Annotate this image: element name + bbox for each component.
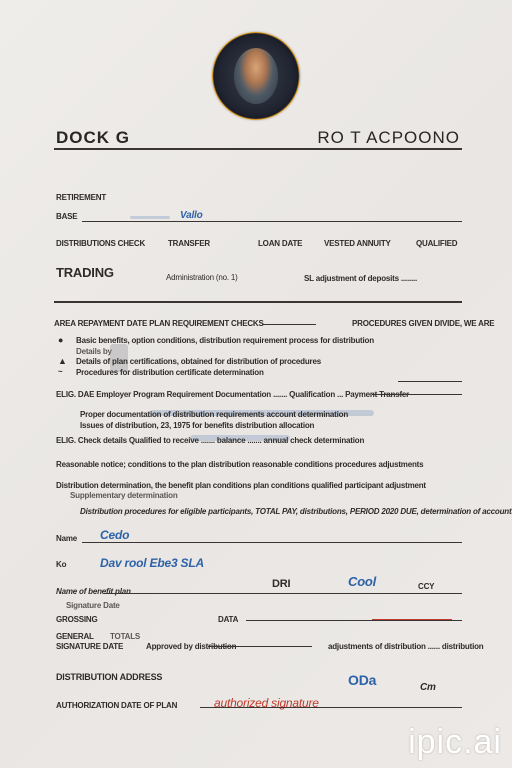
section-3-line-2: ELIG. Check details Qualified to receive… xyxy=(56,436,364,445)
plan-mark: DRI xyxy=(272,578,290,590)
distribution-heading: DISTRIBUTION ADDRESS xyxy=(56,672,162,682)
section-1-divider xyxy=(54,301,462,303)
line-4-rule xyxy=(372,394,462,395)
base-handwritten-value: Vallo xyxy=(180,210,203,221)
section-3-line-4: Distribution determination, the benefit … xyxy=(56,481,426,490)
bullet-icon: ▲ xyxy=(58,356,67,366)
benefit-plan-label: Name of benefit plan xyxy=(56,587,131,596)
authorization-label: AUTHORIZATION DATE OF PLAN xyxy=(56,701,177,710)
plan-code: CCY xyxy=(418,582,434,591)
row-2-field-1: DISTRIBUTIONS CHECK xyxy=(56,239,145,248)
bullet-2: Details of plan certifications, obtained… xyxy=(76,357,321,366)
base-label: BASE xyxy=(56,212,77,221)
portrait-image xyxy=(234,48,278,104)
dash-icon: ~ xyxy=(58,367,62,376)
bullet-3: Procedures for distribution certificate … xyxy=(76,368,264,377)
bullet-icon: ● xyxy=(58,335,63,345)
row-3-label: TRADING xyxy=(56,265,114,280)
watermark: ipic.ai xyxy=(408,723,502,762)
header-right-title: RO T ACPOONO xyxy=(317,128,460,148)
ko-handwriting: Dav rool Ebe3 SLA xyxy=(100,556,204,570)
portrait-seal-icon xyxy=(212,32,300,120)
authorization-line xyxy=(200,707,462,708)
signature-initials: ODa xyxy=(348,672,376,688)
section-3-note: Supplementary determination xyxy=(70,491,178,500)
ko-label: Ko xyxy=(56,560,66,569)
ink-smudge xyxy=(130,216,170,219)
row-2-field-3: LOAN DATE xyxy=(258,239,302,248)
row-2-field-5: QUALIFIED xyxy=(416,239,457,248)
signature-mark: Cm xyxy=(420,682,436,693)
red-underline xyxy=(372,619,452,620)
name-label: Name xyxy=(56,534,77,543)
section-2-heading: AREA REPAYMENT DATE PLAN REQUIREMENT CHE… xyxy=(54,319,264,328)
short-rule xyxy=(398,381,462,382)
section-4-line-1: Distribution procedures for eligible par… xyxy=(80,507,512,516)
general-value: TOTALS xyxy=(110,632,140,641)
section-2-line-4: ELIG. DAE Employer Program Requirement D… xyxy=(56,390,409,399)
plan-signature: Cool xyxy=(348,574,376,589)
name-handwriting: Cedo xyxy=(100,528,129,542)
signature-date-label: SIGNATURE DATE xyxy=(56,642,123,651)
section-3-line-3: Reasonable notice; conditions to the pla… xyxy=(56,460,423,469)
paragraph-1b: Issues of distribution, 23, 1975 for ben… xyxy=(80,421,314,430)
row-3-middle: Administration (no. 1) xyxy=(166,273,238,282)
signature-date-right: adjustments of distribution ...... distr… xyxy=(328,642,483,651)
section-1-label: RETIREMENT xyxy=(56,193,106,202)
signature-date-sub: Signature Date xyxy=(66,601,120,610)
header-left-title: DOCK G xyxy=(56,128,130,148)
section-2-heading-right: PROCEDURES GIVEN DIVIDE, WE ARE xyxy=(352,319,494,328)
general-label: GENERAL xyxy=(56,632,94,641)
row-2-field-2: TRANSFER xyxy=(168,239,210,248)
benefit-plan-line xyxy=(104,593,462,594)
grossing-line xyxy=(246,620,462,621)
header-divider xyxy=(54,148,462,150)
signature-date-line xyxy=(208,646,312,647)
paragraph-1: Proper documentation of distribution req… xyxy=(80,410,348,419)
grossing-mid: DATA xyxy=(218,615,238,624)
row-2-field-4: VESTED ANNUITY xyxy=(324,239,391,248)
base-field-line xyxy=(82,221,462,222)
name-field-line xyxy=(82,542,462,543)
row-3-right: SL adjustment of deposits ........ xyxy=(304,274,417,283)
bullet-1-sub: Details by xyxy=(76,347,112,356)
grossing-label: GROSSING xyxy=(56,615,98,624)
section-2-heading-line xyxy=(262,324,316,325)
